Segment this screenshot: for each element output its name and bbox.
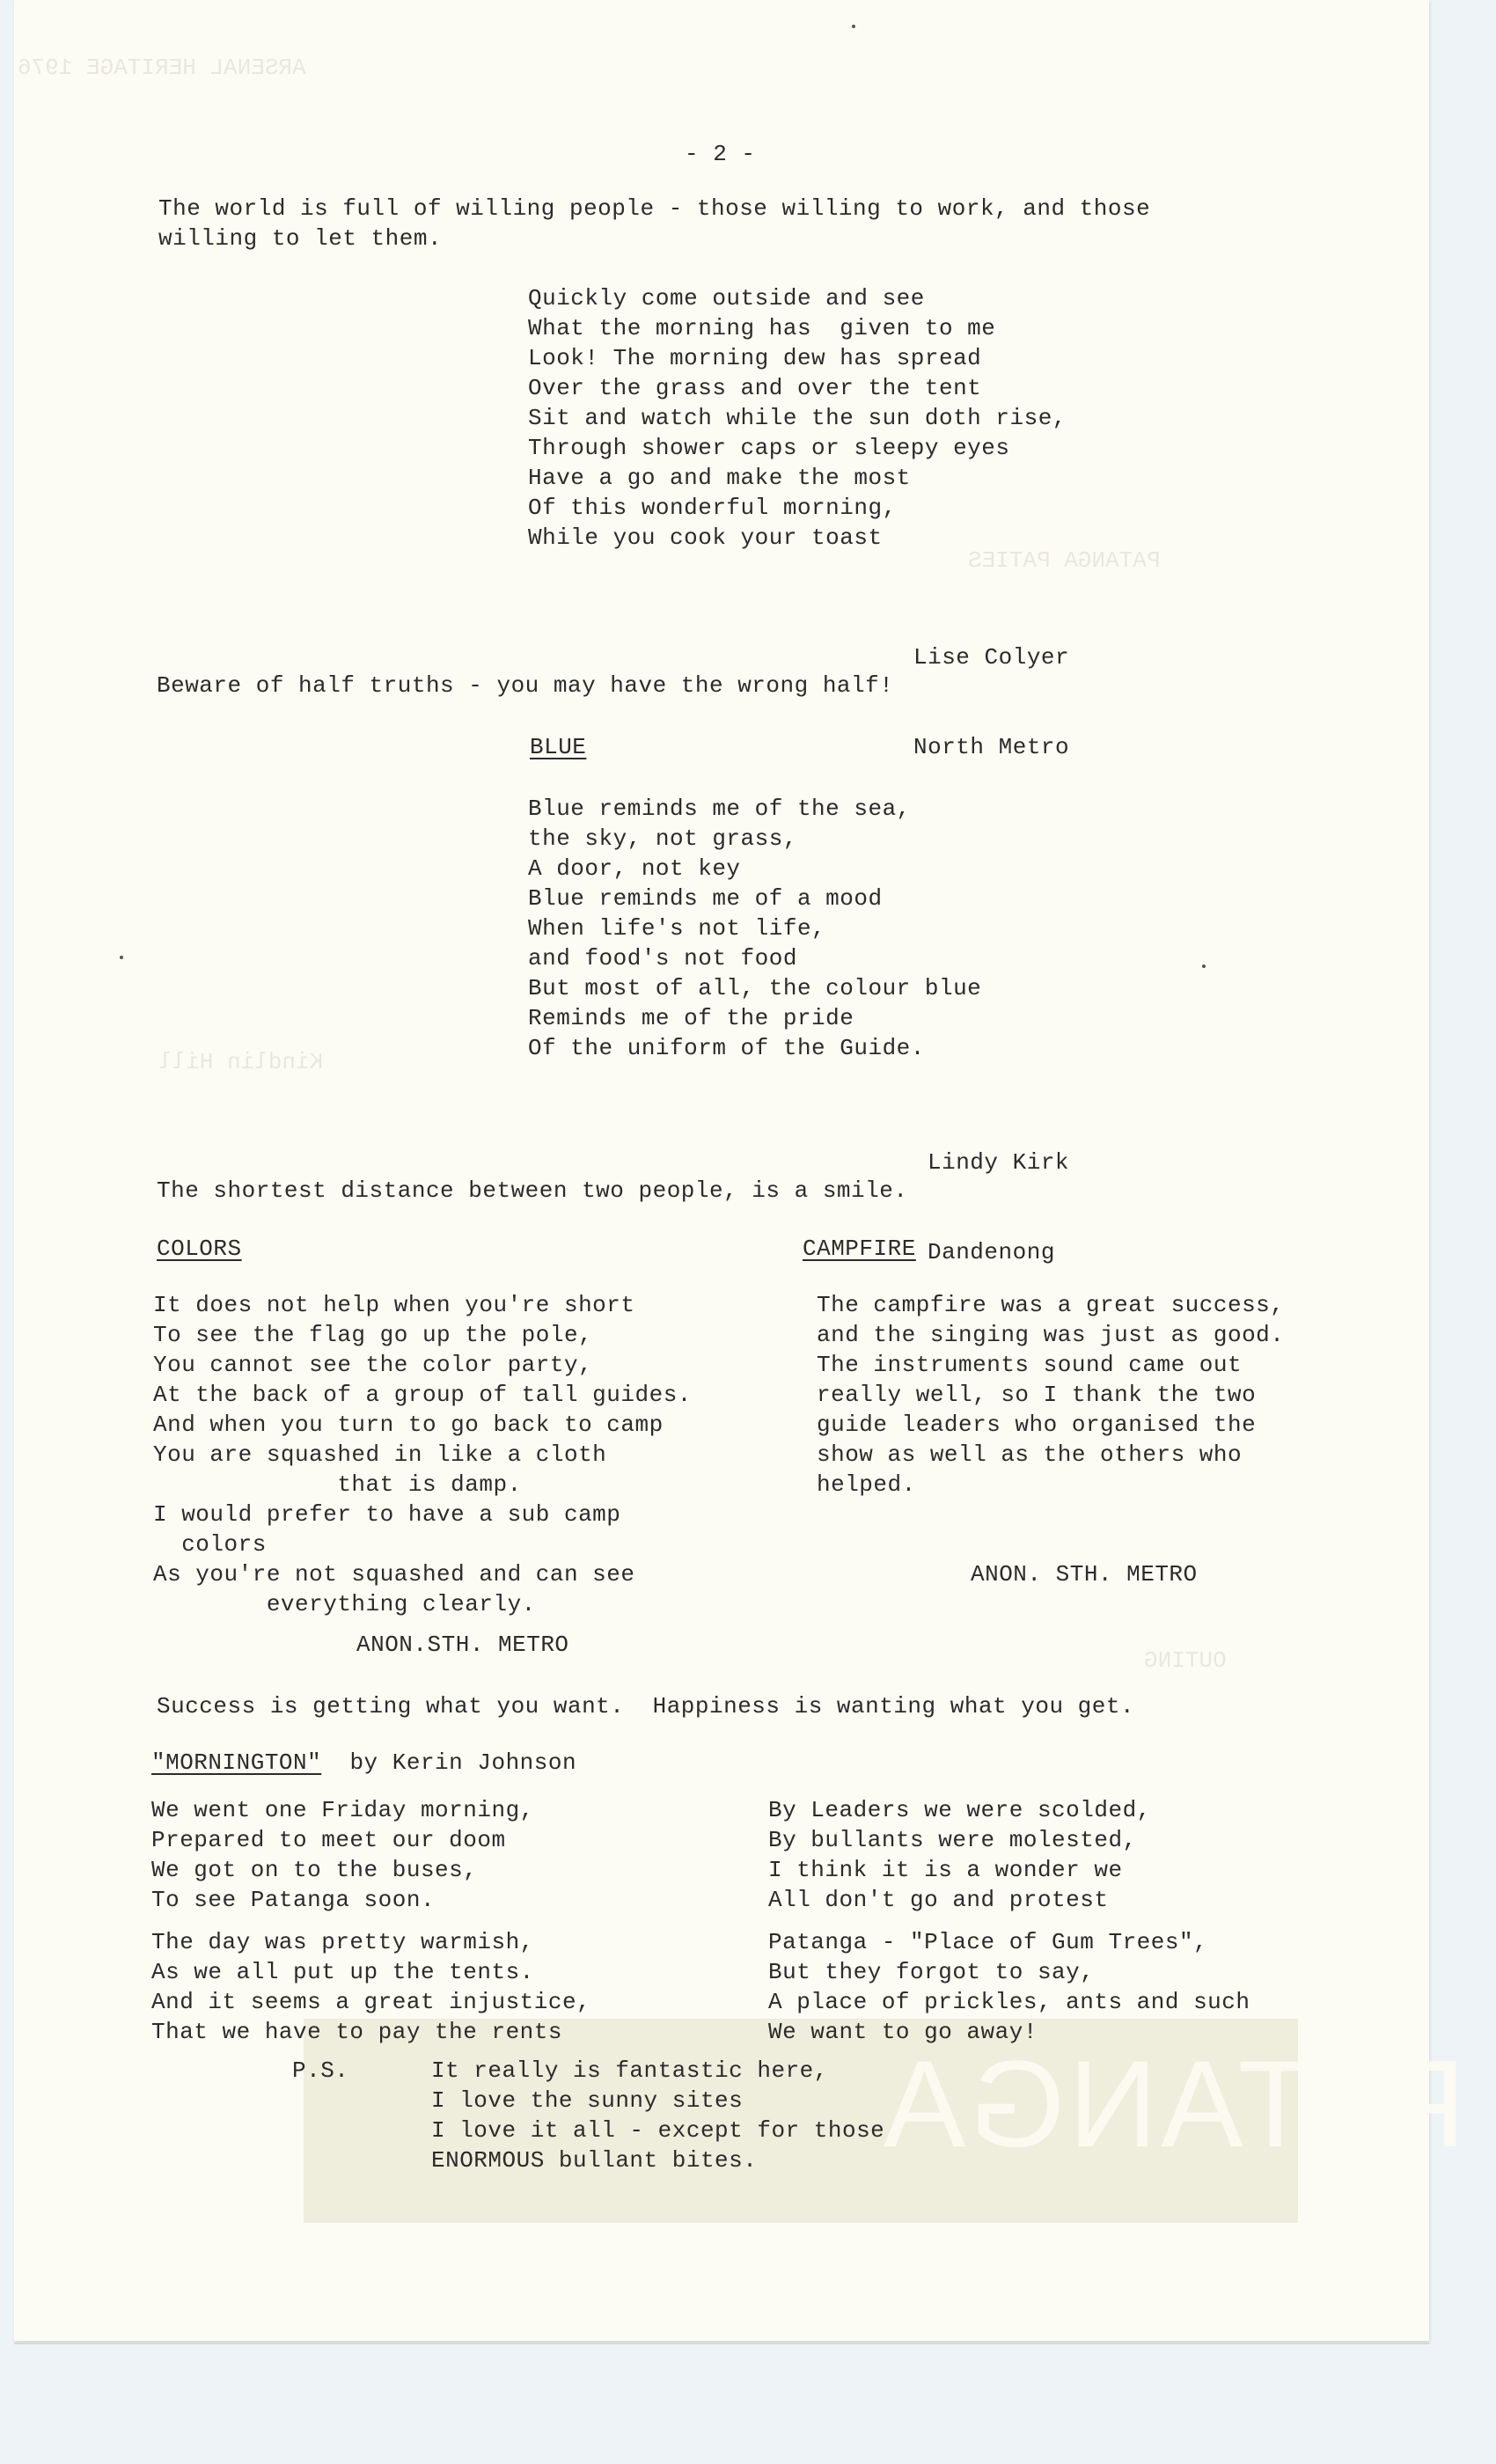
torn-paper-edge — [14, 2332, 1429, 2344]
verse-line: The day was pretty warmish, — [151, 1927, 590, 1957]
verse-line: By bullants were molested, — [768, 1825, 1151, 1855]
verse-line: show as well as the others who — [817, 1440, 1284, 1470]
verse-line: We got on to the buses, — [151, 1855, 534, 1885]
campfire-article: The campfire was a great success,and the… — [817, 1290, 1284, 1500]
verse-line: And it seems a great injustice, — [151, 1987, 590, 2017]
verse-line: We want to go away! — [768, 2017, 1250, 2047]
verse-line: What the morning has given to me — [528, 313, 1067, 343]
verse-line: You cannot see the color party, — [153, 1350, 692, 1380]
verse-line: Blue reminds me of a mood — [528, 884, 981, 913]
verse-line: When life's not life, — [528, 913, 981, 943]
colors-poem-signature: ANON.STH. METRO — [356, 1630, 569, 1660]
verse-line: Of the uniform of the Guide. — [528, 1033, 981, 1063]
verse-line: Reminds me of the pride — [528, 1003, 981, 1033]
verse-line: Through shower caps or sleepy eyes — [528, 433, 1067, 463]
author-name: Lindy Kirk — [928, 1148, 1069, 1177]
verse-line: the sky, not grass, — [528, 824, 981, 854]
ink-speck — [120, 956, 123, 959]
colors-poem-title: COLORS — [157, 1234, 242, 1264]
verse-line: that is damp. — [153, 1470, 692, 1500]
bleed-through-text: ARSENAL HERITAGE 1976 — [18, 53, 306, 83]
verse-line: A door, not key — [528, 854, 981, 884]
verse-line: You are squashed in like a cloth — [153, 1440, 692, 1470]
morning-poem-signature: Lise Colyer North Metro — [913, 583, 1069, 792]
quote-smile: The shortest distance between two people… — [157, 1176, 907, 1206]
verse-line: The campfire was a great success, — [817, 1290, 1284, 1320]
mornington-title: "MORNINGTON" — [151, 1749, 321, 1776]
blue-poem-signature: Lindy Kirk Dandenong — [928, 1088, 1069, 1297]
verse-line: Quickly come outside and see — [528, 283, 1067, 313]
bleed-through-text: OUTING — [1144, 1646, 1227, 1676]
blue-poem-title: BLUE — [530, 732, 586, 762]
postscript-verse: It really is fantastic here,I love the s… — [431, 2056, 884, 2175]
verse-line: At the back of a group of tall guides. — [153, 1380, 692, 1410]
morning-poem: Quickly come outside and seeWhat the mor… — [528, 283, 1067, 553]
verse-line: ENORMOUS bullant bites. — [431, 2145, 884, 2175]
verse-line: It does not help when you're short — [153, 1290, 692, 1320]
verse-line: everything clearly. — [153, 1589, 692, 1619]
verse-line: While you cook your toast — [528, 523, 1067, 553]
verse-line: As we all put up the tents. — [151, 1957, 590, 1987]
verse-line: I love the sunny sites — [431, 2086, 884, 2116]
verse-line: Sit and watch while the sun doth rise, — [528, 403, 1067, 433]
page-number: - 2 - — [685, 139, 756, 169]
verse-line: I would prefer to have a sub camp — [153, 1500, 692, 1529]
verse-line: All don't go and protest — [768, 1885, 1151, 1915]
verse-line: We went one Friday morning, — [151, 1795, 534, 1825]
blue-poem: Blue reminds me of the sea,the sky, not … — [528, 794, 981, 1063]
mornington-byline: by Kerin Johnson — [321, 1749, 576, 1776]
ink-speck — [852, 25, 855, 28]
quote-willing-people: The world is full of willing people - th… — [158, 194, 1150, 253]
quote-success-happiness: Success is getting what you want. Happin… — [157, 1691, 1134, 1721]
mornington-stanza-3: By Leaders we were scolded,By bullants w… — [768, 1795, 1151, 1915]
verse-line: Have a go and make the most — [528, 463, 1067, 493]
mornington-stanza-4: Patanga - "Place of Gum Trees",But they … — [768, 1927, 1250, 2047]
verse-line: A place of prickles, ants and such — [768, 1987, 1250, 2017]
verse-line: It really is fantastic here, — [431, 2056, 884, 2086]
verse-line: Prepared to meet our doom — [151, 1825, 534, 1855]
verse-line: Look! The morning dew has spread — [528, 343, 1067, 373]
verse-line: As you're not squashed and can see — [153, 1559, 692, 1589]
verse-line: The instruments sound came out — [817, 1350, 1284, 1380]
patanga-logo-word: PATANGA — [880, 2033, 1466, 2175]
campfire-signature: ANON. STH. METRO — [971, 1559, 1198, 1589]
mornington-heading: "MORNINGTON" by Kerin Johnson — [151, 1748, 576, 1778]
verse-line: really well, so I thank the two — [817, 1380, 1284, 1410]
verse-line: colors — [153, 1529, 692, 1559]
verse-line: and the singing was just as good. — [817, 1320, 1284, 1350]
verse-line: and food's not food — [528, 943, 981, 973]
verse-line: And when you turn to go back to camp — [153, 1410, 692, 1440]
mornington-stanza-1: We went one Friday morning,Prepared to m… — [151, 1795, 534, 1915]
verse-line: Blue reminds me of the sea, — [528, 794, 981, 824]
verse-line: By Leaders we were scolded, — [768, 1795, 1151, 1825]
quote-half-truths: Beware of half truths - you may have the… — [157, 671, 893, 700]
author-district: Dandenong — [928, 1237, 1069, 1267]
verse-line: Patanga - "Place of Gum Trees", — [768, 1927, 1250, 1957]
verse-line: But most of all, the colour blue — [528, 973, 981, 1003]
verse-line: That we have to pay the rents — [151, 2017, 590, 2047]
campfire-title: CAMPFIRE — [803, 1234, 916, 1264]
verse-line: To see Patanga soon. — [151, 1885, 534, 1915]
verse-line: Over the grass and over the tent — [528, 373, 1067, 403]
verse-line: guide leaders who organised the — [817, 1410, 1284, 1440]
bleed-through-text: Kindlin Hill — [158, 1047, 323, 1077]
postscript-label: P.S. — [292, 2056, 348, 2086]
verse-line: Of this wonderful morning, — [528, 493, 1067, 523]
mornington-stanza-2: The day was pretty warmish,As we all put… — [151, 1927, 590, 2047]
ink-speck — [1202, 964, 1206, 968]
author-district: North Metro — [913, 732, 1069, 762]
verse-line: To see the flag go up the pole, — [153, 1320, 692, 1350]
colors-poem: It does not help when you're shortTo see… — [153, 1290, 692, 1619]
author-name: Lise Colyer — [913, 642, 1069, 672]
verse-line: I think it is a wonder we — [768, 1855, 1151, 1885]
verse-line: I love it all - except for those — [431, 2116, 884, 2145]
verse-line: helped. — [817, 1470, 1284, 1500]
verse-line: But they forgot to say, — [768, 1957, 1250, 1987]
